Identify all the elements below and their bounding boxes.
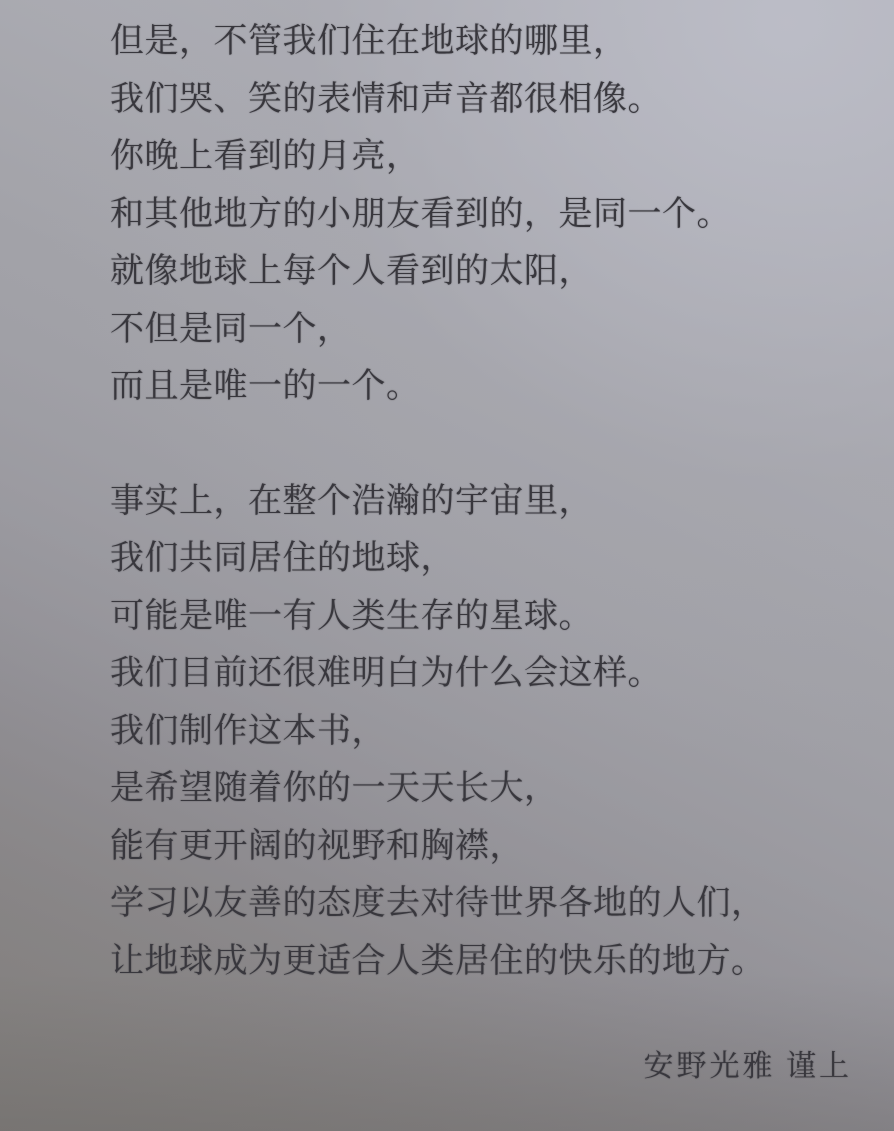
poem-line: 我们共同居住的地球， <box>110 530 894 588</box>
poem-line: 不但是同一个， <box>110 301 894 359</box>
poem-line: 而且是唯一的一个。 <box>110 358 894 416</box>
book-page: 但是，不管我们住在地球的哪里， 我们哭、笑的表情和声音都很相像。 你晚上看到的月… <box>0 0 894 1131</box>
poem-line: 但是，不管我们住在地球的哪里， <box>110 13 894 71</box>
poem-line: 我们哭、笑的表情和声音都很相像。 <box>110 71 894 129</box>
paragraph-2: 事实上，在整个浩瀚的宇宙里， 我们共同居住的地球， 可能是唯一有人类生存的星球。… <box>110 473 894 991</box>
poem-line: 就像地球上每个人看到的太阳， <box>110 243 894 301</box>
poem-line: 我们目前还很难明白为什么会这样。 <box>110 645 894 703</box>
poem-line: 可能是唯一有人类生存的星球。 <box>110 588 894 646</box>
signature: 安野光雅 谨上 <box>110 1044 894 1090</box>
poem-line: 事实上，在整个浩瀚的宇宙里， <box>110 473 894 531</box>
poem-line: 学习以友善的态度去对待世界各地的人们， <box>110 875 894 933</box>
poem-line: 和其他地方的小朋友看到的，是同一个。 <box>110 186 894 244</box>
poem-line: 让地球成为更适合人类居住的快乐的地方。 <box>110 933 894 991</box>
poem-line: 是希望随着你的一天天长大， <box>110 760 894 818</box>
poem-line: 我们制作这本书， <box>110 703 894 761</box>
paragraph-1: 但是，不管我们住在地球的哪里， 我们哭、笑的表情和声音都很相像。 你晚上看到的月… <box>110 13 894 416</box>
poem-line: 你晚上看到的月亮， <box>110 128 894 186</box>
poem-line: 能有更开阔的视野和胸襟， <box>110 818 894 876</box>
